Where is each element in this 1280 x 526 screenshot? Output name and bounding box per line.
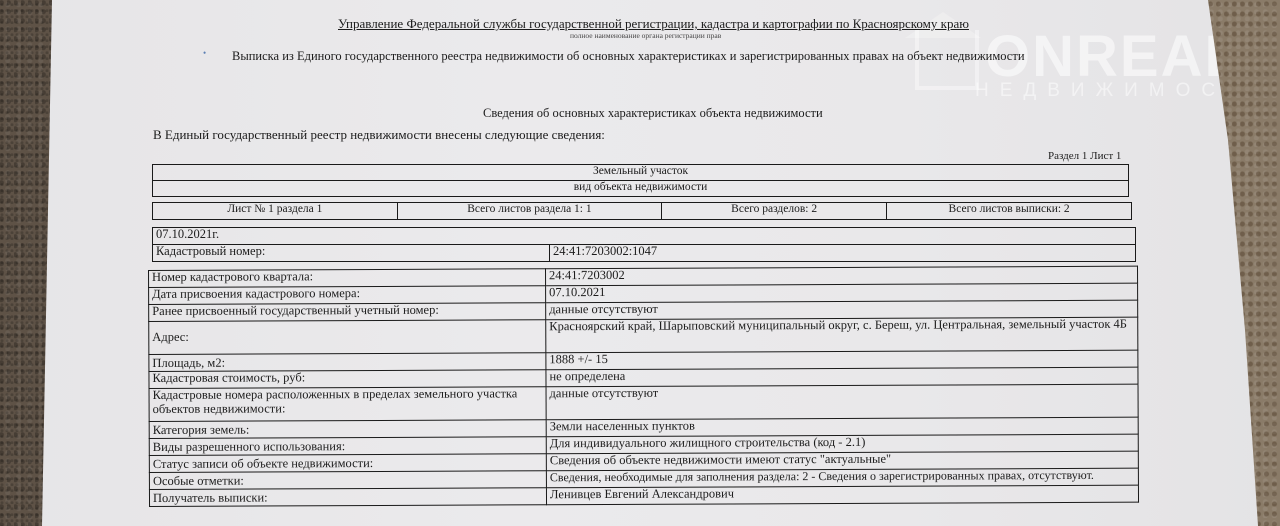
row-label: Площадь, м2: bbox=[149, 353, 546, 372]
record-date: 07.10.2021г. bbox=[153, 228, 1136, 245]
intro-text: В Единый государственный реестр недвижим… bbox=[153, 127, 605, 143]
total-sheets: Всего листов выписки: 2 bbox=[887, 203, 1132, 220]
bullet-icon: • bbox=[203, 48, 206, 58]
table-row: Получатель выписки: Ленивцев Евгений Але… bbox=[149, 485, 1138, 506]
row-label: Особые отметки: bbox=[149, 471, 546, 490]
document-title: Выписка из Единого государственного реес… bbox=[232, 49, 1025, 64]
cadastral-number-value: 24:41:7203002:1047 bbox=[550, 245, 1136, 262]
object-type-caption: вид объекта недвижимости bbox=[153, 181, 1129, 197]
table-row: Адрес: Красноярский край, Шарыповский му… bbox=[149, 317, 1138, 354]
row-label: Получатель выписки: bbox=[149, 488, 546, 507]
row-label: Ранее присвоенный государственный учетны… bbox=[149, 303, 546, 322]
characteristics-table: Номер кадастрового квартала: 24:41:72030… bbox=[148, 266, 1139, 507]
table-row: Кадастровые номера расположенных в преде… bbox=[149, 384, 1138, 421]
object-type-value: Земельный участок bbox=[153, 165, 1129, 181]
object-type-table: Земельный участок вид объекта недвижимос… bbox=[152, 164, 1129, 197]
organization-caption: полное наименование органа регистрации п… bbox=[570, 31, 721, 40]
cadastral-number-label: Кадастровый номер: bbox=[153, 245, 550, 262]
row-value: данные отсутствуют bbox=[546, 384, 1138, 420]
sheet-number: Лист № 1 раздела 1 bbox=[153, 203, 398, 220]
row-label: Категория земель: bbox=[149, 420, 546, 439]
row-value: Ленивцев Евгений Александрович bbox=[546, 485, 1138, 505]
row-label: Дата присвоения кадастрового номера: bbox=[149, 286, 546, 305]
row-label: Статус записи об объекте недвижимости: bbox=[149, 454, 546, 473]
sheet-reference: Раздел 1 Лист 1 bbox=[1048, 150, 1121, 162]
document-page: ONREAL НЕДВИЖИМОСТЬ Управление Федеральн… bbox=[0, 0, 1280, 526]
organization-name: Управление Федеральной службы государств… bbox=[338, 16, 969, 32]
row-label: Кадастровые номера расположенных в преде… bbox=[149, 387, 546, 422]
sheets-info-table: Лист № 1 раздела 1 Всего листов раздела … bbox=[152, 202, 1132, 220]
row-label: Адрес: bbox=[149, 320, 546, 355]
section-sheets-count: Всего листов раздела 1: 1 bbox=[397, 203, 661, 220]
record-header-table: 07.10.2021г. Кадастровый номер: 24:41:72… bbox=[152, 227, 1136, 262]
row-value: Красноярский край, Шарыповский муниципал… bbox=[546, 317, 1138, 353]
total-sections: Всего разделов: 2 bbox=[662, 203, 887, 220]
row-label: Виды разрешенного использования: bbox=[149, 437, 546, 456]
row-label: Номер кадастрового квартала: bbox=[149, 269, 546, 288]
section-title: Сведения об основных характеристиках объ… bbox=[483, 106, 823, 121]
